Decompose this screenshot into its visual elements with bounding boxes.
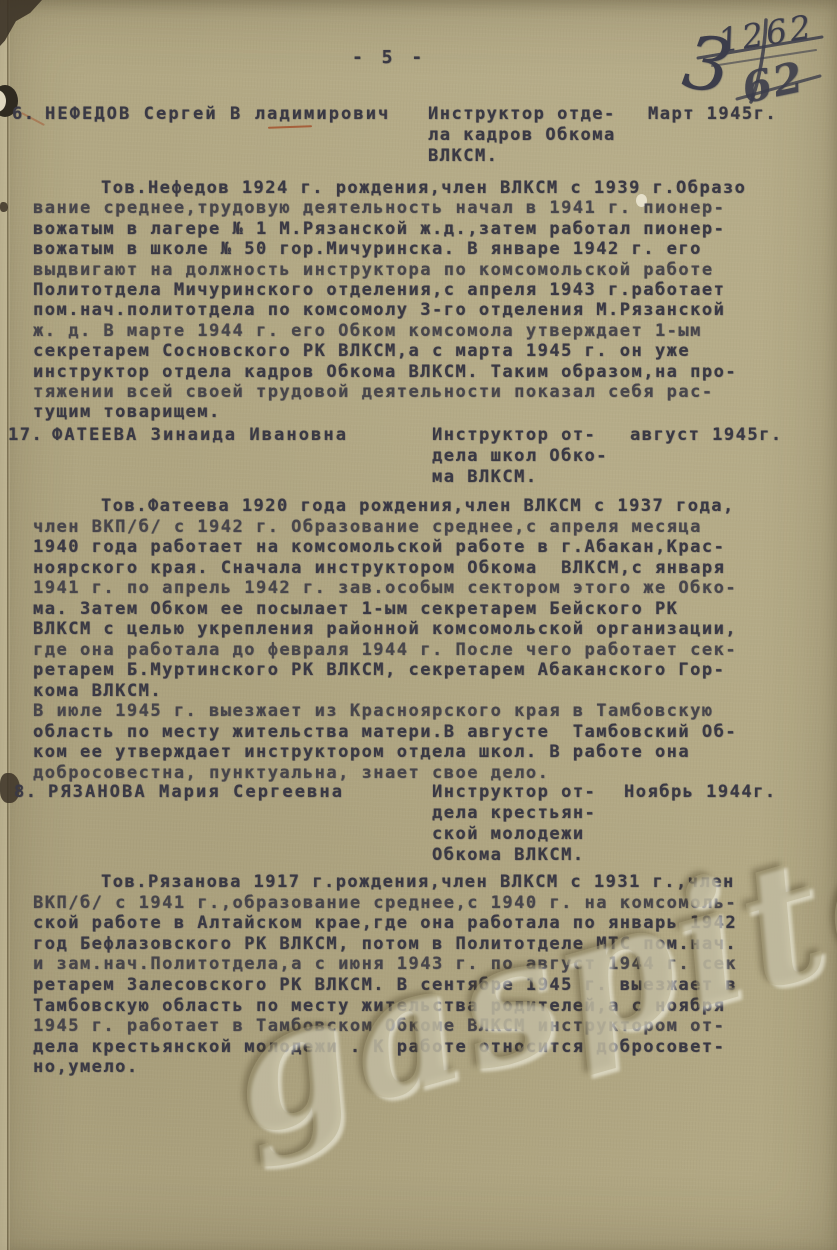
entry-position-line: ВЛКСМ. xyxy=(428,146,498,166)
entry-name: ФАТЕЕВА Зинаида Ивановна xyxy=(52,425,348,445)
red-pencil-underline xyxy=(268,125,312,129)
entry-position-line: Инструктор от- xyxy=(432,425,596,445)
entry-position-line: дела школ Обко- xyxy=(432,446,608,466)
entry-date: Ноябрь 1944г. xyxy=(624,782,777,802)
entry-position-line: ской молодежи xyxy=(432,824,585,844)
body-line: секретарем Сосновского РК ВЛКСМ,а с март… xyxy=(33,341,793,361)
body-line: выдвигают на должность инструктора по ко… xyxy=(33,260,793,280)
body-line: вожатым в лагере № 1 М.Рязанской ж.д.,за… xyxy=(33,219,793,239)
body-line: кома ВЛКСМ. xyxy=(33,681,793,701)
body-line: добросовестна, пунктуальна, знает свое д… xyxy=(33,763,793,783)
body-line: ж. д. В марте 1944 г. его Обком комсомол… xyxy=(33,321,793,341)
body-line: инструктор отдела кадров Обкома ВЛКСМ. Т… xyxy=(33,362,793,382)
body-line: Политотдела Мичуринского отделения,с апр… xyxy=(33,280,793,300)
body-line: вожатым в школе № 50 гор.Мичуринска. В я… xyxy=(33,239,793,259)
body-line: Тов.Нефедов 1924 г. рождения,член ВЛКСМ … xyxy=(33,178,837,198)
body-line: вание среднее,трудовую деятельность нача… xyxy=(33,198,793,218)
handwritten-crossed-number: 1262 xyxy=(716,7,817,61)
left-fold-crease xyxy=(7,0,10,1250)
entry-position-line: дела крестьян- xyxy=(432,803,596,823)
body-line: пом.нач.политотдела по комсомолу 3-го от… xyxy=(33,300,793,320)
entry-name: НЕФЕДОВ Сергей В ладимирович xyxy=(45,104,390,124)
left-page-edge xyxy=(0,0,7,1250)
body-line: тяжении всей своей трудовой деятельности… xyxy=(33,382,793,402)
body-line: 1940 года работает на комсомольской рабо… xyxy=(33,537,793,557)
entry-number: 17. xyxy=(8,425,43,445)
body-line: 1941 г. по апрель 1942 г. зав.особым сек… xyxy=(33,578,793,598)
body-line: ноярского края. Сначала инструктором Обк… xyxy=(33,558,793,578)
scanned-document-page: - 5 - 3 1262 62 6.НЕФЕДОВ Сергей В ладим… xyxy=(0,0,837,1250)
ink-blotch xyxy=(0,202,8,212)
body-line: ВЛКСМ с целью укрепления районной комсом… xyxy=(33,619,793,639)
body-line: Тов.Фатеева 1920 года рождения,член ВЛКС… xyxy=(33,496,837,516)
body-line: ретарем Б.Муртинского РК ВЛКСМ, секретар… xyxy=(33,660,793,680)
body-line: ком ее утверждает инструктором отдела шк… xyxy=(33,742,793,762)
body-line: ма. Затем Обком ее посылает 1-ым секрета… xyxy=(33,599,793,619)
entry-position-line: Инструктор от- xyxy=(432,782,596,802)
entry-position-line: ма ВЛКСМ. xyxy=(432,467,538,487)
body-line: область по месту жительства матери.В авг… xyxy=(33,722,793,742)
entry-number: 6. xyxy=(12,104,35,124)
body-line: В июле 1945 г. выезжает из Красноярского… xyxy=(33,701,793,721)
body-line: тущим товарищем. xyxy=(33,402,793,422)
entry-position-line: ла кадров Обкома xyxy=(428,125,616,145)
entry-date: август 1945г. xyxy=(630,425,783,445)
page-number: - 5 - xyxy=(352,48,426,68)
entry-number: 8. xyxy=(14,782,37,802)
body-line: где она работала до февраля 1944 г. Посл… xyxy=(33,640,793,660)
entry-position-line: Обкома ВЛКСМ. xyxy=(432,845,585,865)
entry-name: РЯЗАНОВА Мария Сергеевна xyxy=(48,782,344,802)
entry-position-line: Инструктор отде- xyxy=(428,104,616,124)
body-line: член ВКП/б/ с 1942 г. Образование средне… xyxy=(33,517,793,537)
entry-date: Март 1945г. xyxy=(648,104,777,124)
